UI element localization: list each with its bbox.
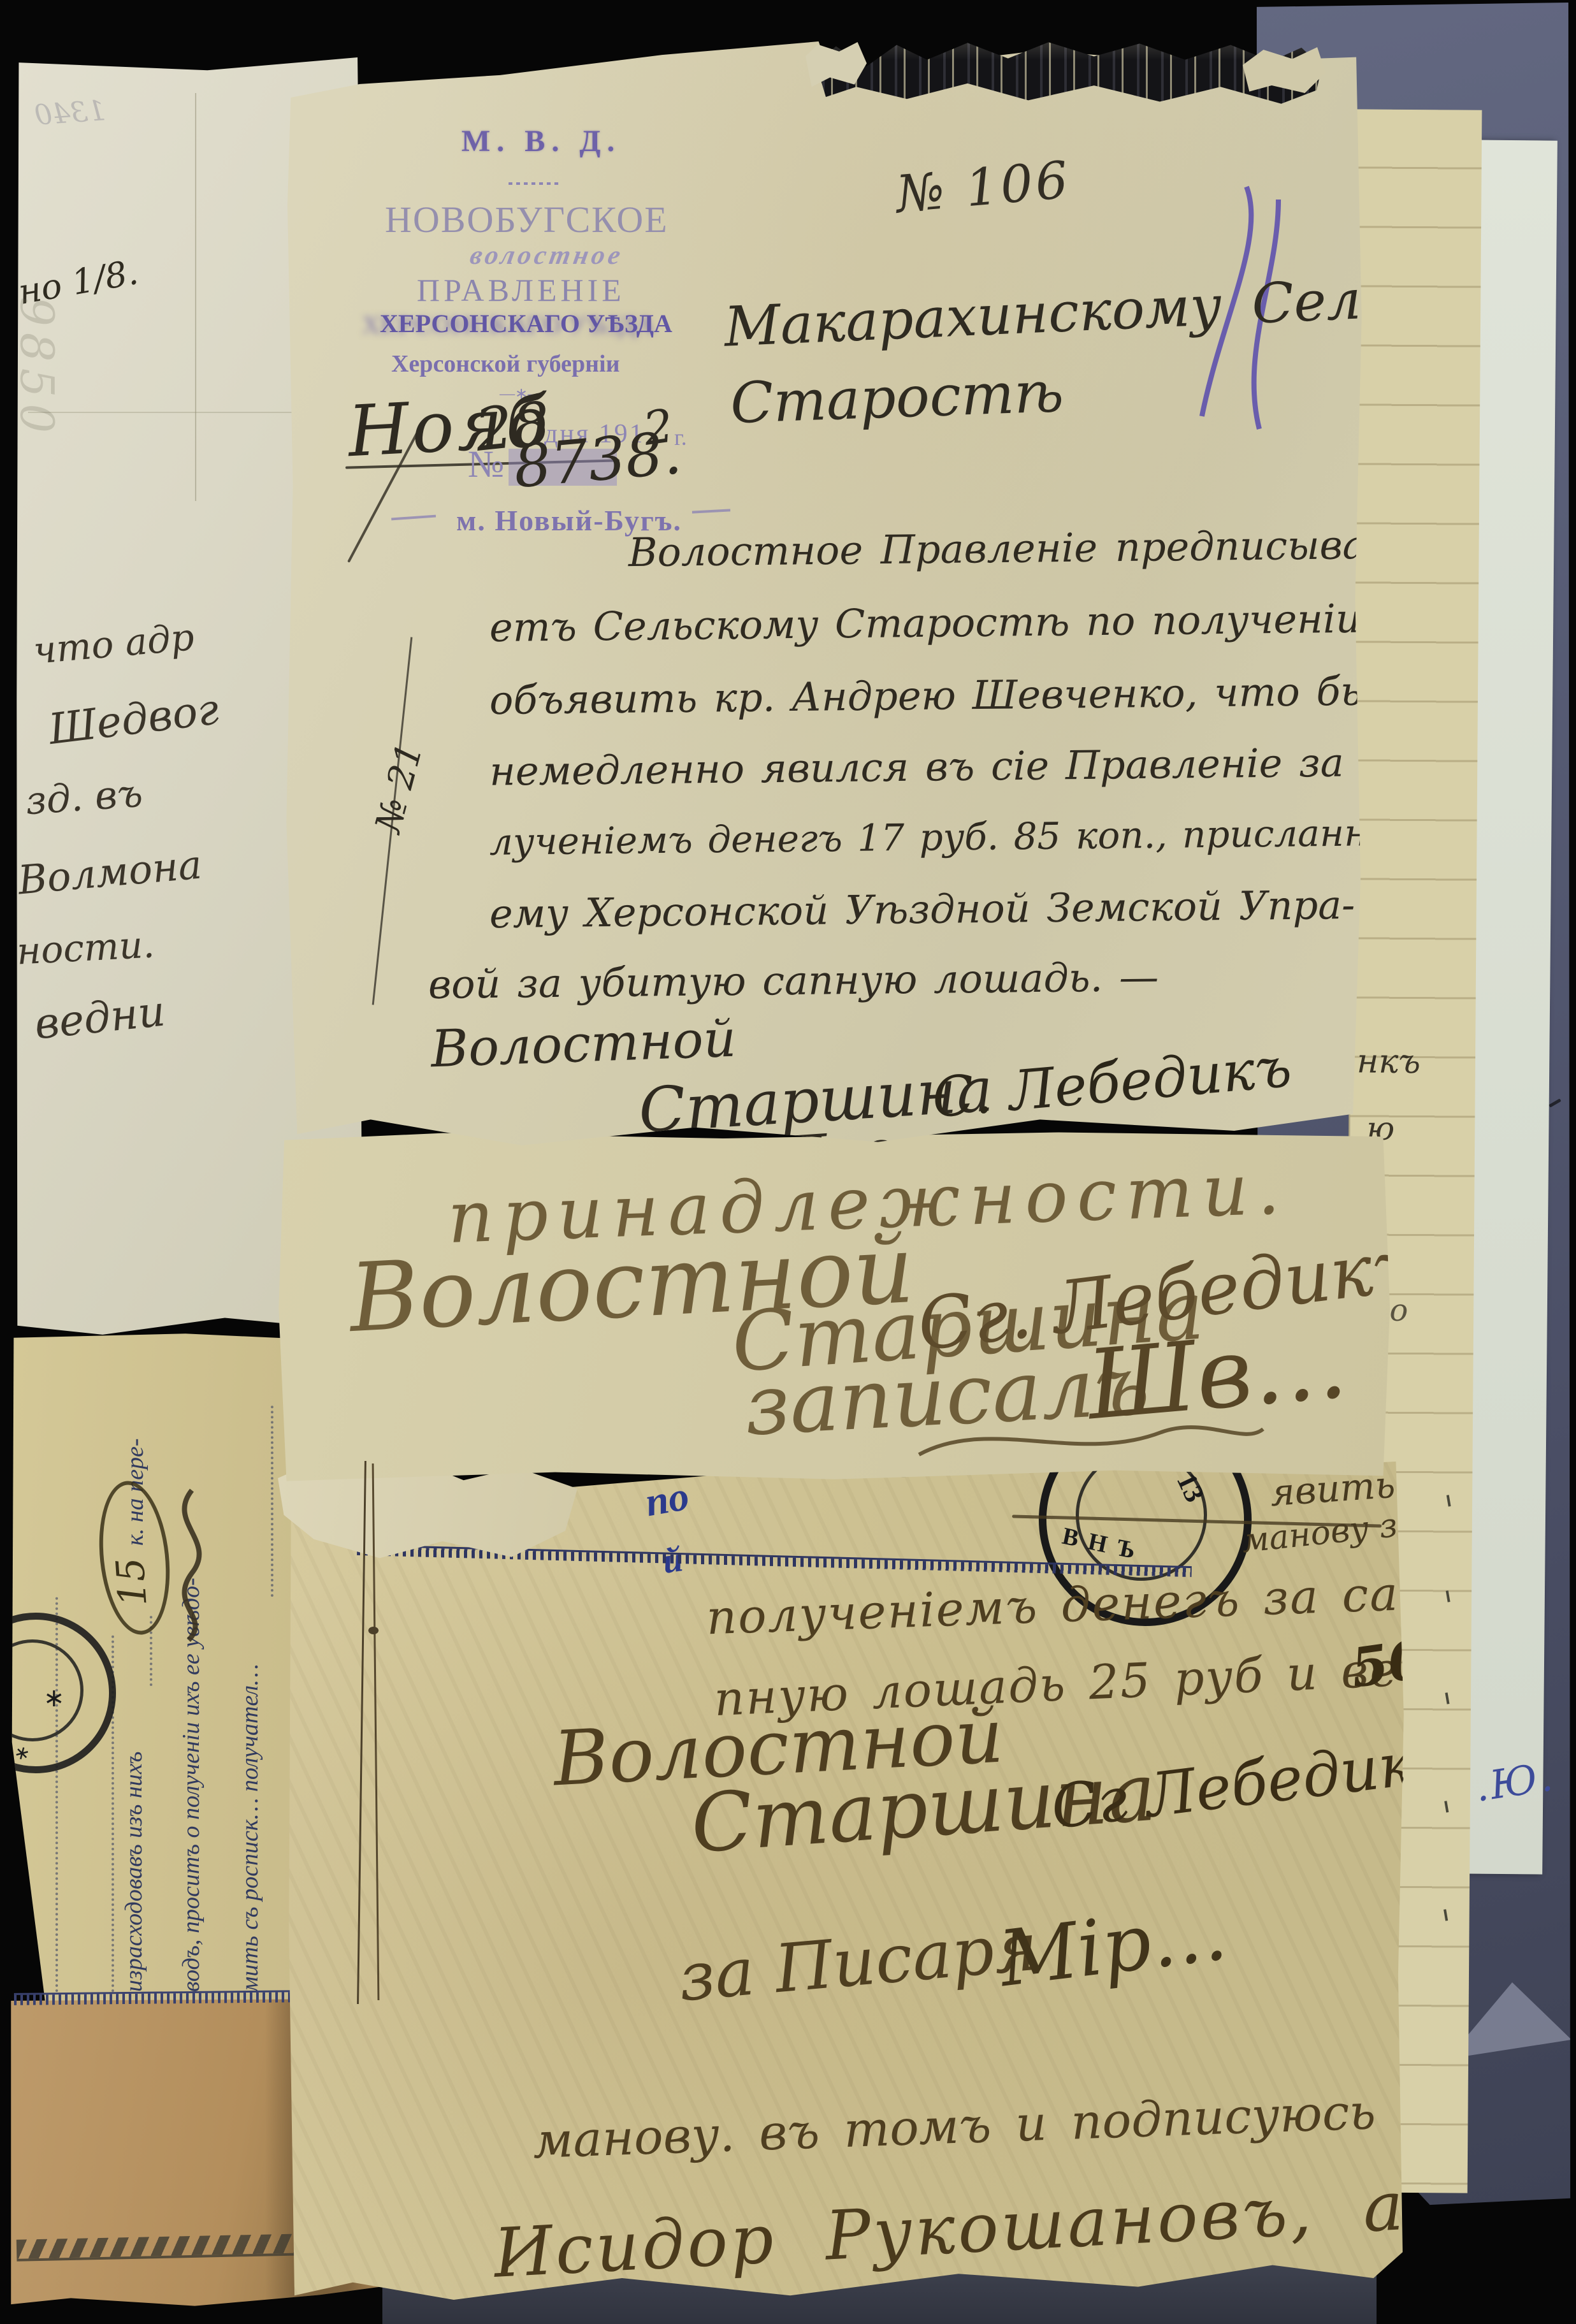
- bleedthrough-number: 1340: [34, 97, 107, 130]
- printed-line: мить съ росписк… получател…: [238, 1664, 262, 1992]
- second-sheet: принадлежности. Волостной Старшина Сг. Л…: [275, 1129, 1394, 1486]
- uyezd-stamp: ХЕРСОНСКАГО УѢЗДА: [380, 311, 672, 337]
- bleedthrough-digits: 9850: [14, 297, 60, 439]
- archival-photo: 0.Ю. нкъ ю го ев в 1340 но 1/8. 9850 что…: [0, 0, 1576, 2324]
- stitch-mark: [1447, 1495, 1451, 1506]
- body-line-7: вой за убитую сапную лошадь. —: [428, 957, 1159, 1005]
- stamp-dash: [692, 509, 730, 513]
- margin-number: № 21: [371, 739, 429, 836]
- handwriting-fragment: Шедвог: [47, 688, 221, 751]
- body-line-3: объявить кр. Андрею Шевченко, что бы онъ: [489, 671, 1466, 720]
- addressee-line: Макарахинскому Сель: [723, 271, 1392, 355]
- printed-line: израсходовавъ изъ нихъ: [122, 1752, 146, 1992]
- printed-blue-char: по: [642, 1476, 692, 1523]
- paper-crease: [195, 93, 196, 501]
- body-line-2: етъ Сельскому Старостѣ по полученіи сего: [489, 598, 1467, 648]
- closing-title: Волостной: [430, 1013, 737, 1075]
- guberniya-stamp: Херсонской губерніи: [391, 352, 619, 376]
- stamp-dash: [391, 515, 436, 521]
- volost-word-stamp: волостное: [468, 242, 625, 269]
- member-signature-ink: [157, 1484, 227, 1643]
- stamp-squiggle: [509, 182, 562, 185]
- handwriting-fragment: Волмона: [17, 845, 203, 901]
- body-line-6: ему Херсонской Уѣздной Земской Упра-: [489, 885, 1356, 934]
- handwriting-fragment: зд. въ: [24, 774, 144, 821]
- stitch-mark: [1444, 1801, 1449, 1812]
- outgoing-number: № 106: [894, 154, 1073, 221]
- body-line-1: Волостное Правленіе предписыва-: [628, 525, 1380, 572]
- volost-name-stamp: НОВОБУГСКОЕ: [385, 201, 669, 238]
- board-stamp: ПРАВЛЕНІЕ: [417, 274, 625, 306]
- stray-ink-mark: [1549, 1098, 1561, 1107]
- handwriting-fragment: что адр: [32, 618, 196, 669]
- handwriting-fragment: ведни: [33, 990, 167, 1045]
- number-sign-stamp: №: [468, 445, 504, 483]
- handwriting-fragment: ности.: [16, 926, 155, 970]
- main-letter-sheet: М. В. Д. НОВОБУГСКОЕ волостное ПРАВЛЕНІЕ…: [284, 37, 1364, 1159]
- receipt-sheet: по й 13 ВНЪ явиться манову за полученіем…: [286, 1455, 1407, 2321]
- handwriting-fragment: нкъ: [1357, 1045, 1421, 1078]
- number-handwritten: 8738.: [511, 424, 683, 497]
- stamp-star: ∗: [43, 1685, 65, 1711]
- body-line-4: немедленно явился въ сіе Правленіе за по…: [489, 742, 1423, 791]
- signature-flourish: [913, 1410, 1269, 1467]
- body-line-5: лученіемъ денегъ 17 руб. 85 коп., присла…: [489, 813, 1444, 861]
- stitch-mark: [1443, 1909, 1448, 1921]
- stitch-mark: [1446, 1590, 1450, 1602]
- stitch-mark: [1445, 1692, 1450, 1704]
- addressee-line: Старостѣ: [730, 364, 1065, 432]
- thread-knot: [368, 1627, 379, 1634]
- ministry-stamp: М. В. Д.: [461, 126, 621, 157]
